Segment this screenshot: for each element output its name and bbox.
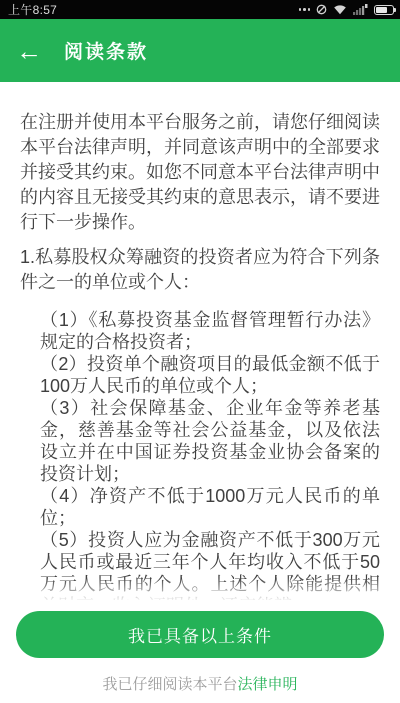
condition-item-3: （3）社会保障基金、企业年金等养老基金，慈善基金等社会公益基金，以及依法设立并在… — [40, 397, 380, 485]
condition-list: （1）《私募投资基金监督管理暂行办法》规定的合格投资者； （2）投资单个融资项目… — [20, 309, 380, 600]
agree-text: 我已仔细阅读本平台 — [102, 676, 237, 693]
confirm-conditions-button[interactable]: 我已具备以上条件 — [16, 611, 384, 658]
status-time: 上午8:57 — [8, 1, 57, 18]
wifi-icon — [333, 4, 347, 15]
condition-item-2: （2）投资单个融资项目的最低金额不低于100万人民币的单位或个人； — [40, 353, 380, 397]
overflow-dots-icon — [299, 8, 311, 11]
condition-item-5: （5）投资人应为金融资产不低于300万元人民币或最近三年个人年均收入不低于50万… — [40, 529, 380, 600]
condition-item-4: （4）净资产不低于1000万元人民币的单位； — [40, 485, 380, 529]
condition-item-1: （1）《私募投资基金监督管理暂行办法》规定的合格投资者； — [40, 309, 380, 353]
legal-statement-link[interactable]: 法律申明 — [238, 676, 298, 693]
battery-icon — [374, 5, 394, 15]
terms-section-heading: 1.私募股权众筹融资的投资者应为符合下列条件之一的单位或个人： — [20, 245, 380, 295]
agree-line: 我已仔细阅读本平台法律申明 — [0, 673, 400, 694]
terms-intro-paragraph: 在注册并使用本平台服务之前，请您仔细阅读本平台法律声明，并同意该声明中的全部要求… — [20, 110, 380, 235]
page-title: 阅读条款 — [64, 37, 148, 64]
app-screen: 上午8:57 — [0, 0, 400, 703]
back-button[interactable]: ← — [16, 31, 56, 71]
app-bar: ← 阅读条款 — [0, 19, 400, 82]
signal-icon — [353, 4, 368, 15]
terms-scroll-area[interactable]: 在注册并使用本平台服务之前，请您仔细阅读本平台法律声明，并同意该声明中的全部要求… — [0, 82, 400, 600]
mute-icon — [316, 4, 327, 15]
back-arrow-icon: ← — [16, 38, 42, 64]
status-bar: 上午8:57 — [0, 0, 400, 19]
status-icons — [299, 4, 395, 15]
